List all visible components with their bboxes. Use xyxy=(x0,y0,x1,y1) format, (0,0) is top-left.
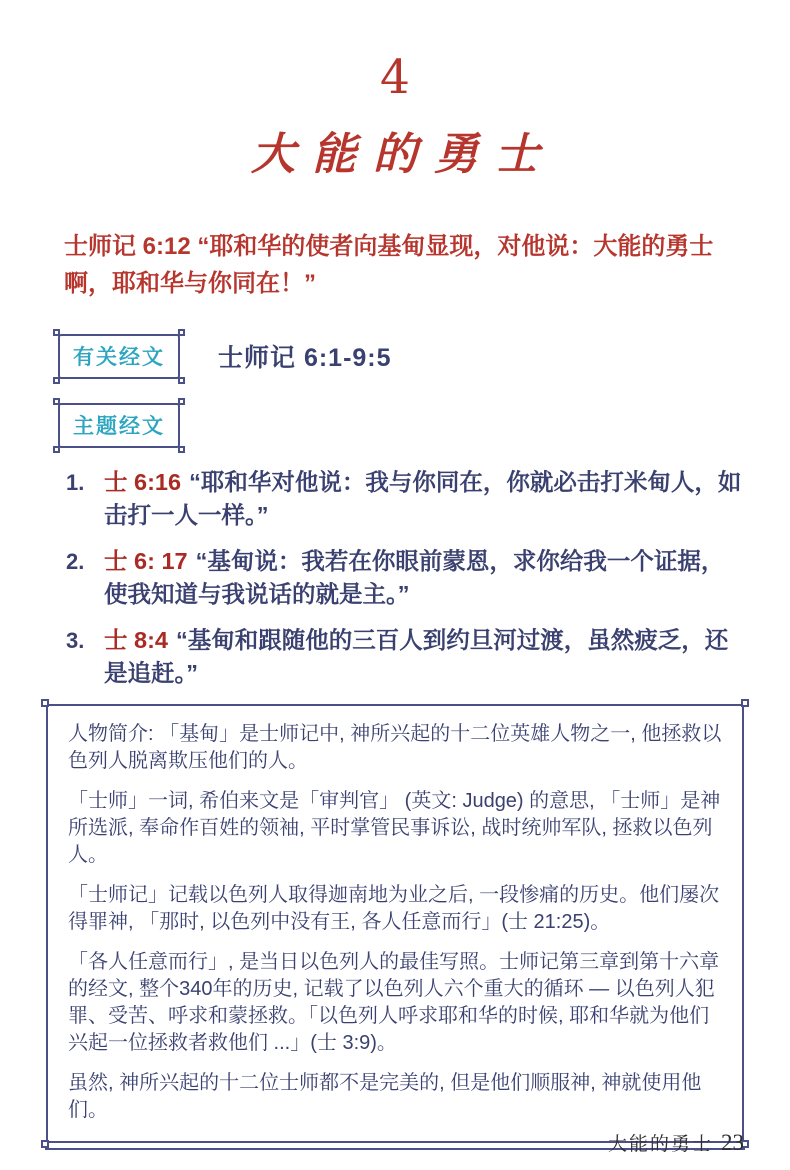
corner-ornament-icon xyxy=(41,699,49,707)
corner-ornament-icon xyxy=(53,377,60,384)
theme-scripture-label: 主题经文 xyxy=(73,415,165,438)
opening-quote: 士师记 6:12 “耶和华的使者向基甸显现，对他说：大能的勇士啊，耶和华与你同在… xyxy=(64,228,744,302)
theme-scripture-row: 主题经文 xyxy=(58,403,790,448)
verse-text: 士 6: 17“基甸说：我若在你眼前蒙恩，求你给我一个证据，使我知道与我说话的就… xyxy=(104,545,746,611)
corner-ornament-icon xyxy=(53,446,60,453)
verse-item: 1. 士 6:16“耶和华对他说：我与你同在，你就必击打米甸人，如击打一人一样。… xyxy=(66,466,746,532)
verse-reference: 士 6: 17 xyxy=(104,548,188,574)
related-scripture-reference: 士师记 6:1-9:5 xyxy=(218,338,392,374)
corner-ornament-icon xyxy=(741,699,749,707)
chapter-title: 大能的勇士 xyxy=(0,129,790,182)
theme-scripture-tag: 主题经文 xyxy=(58,403,180,448)
verse-text: 士 6:16“耶和华对他说：我与你同在，你就必击打米甸人，如击打一人一样。” xyxy=(104,466,746,532)
related-scripture-row: 有关经文 士师记 6:1-9:5 xyxy=(58,334,790,379)
profile-box: 人物简介: 「基甸」是士师记中, 神所兴起的十二位英雄人物之一, 他拯救以色列人… xyxy=(46,704,744,1143)
verse-quote: “基甸说：我若在你眼前蒙恩，求你给我一个证据，使我知道与我说话的就是主。” xyxy=(104,548,724,607)
verse-text: 士 8:4“基甸和跟随他的三百人到约旦河过渡，虽然疲乏，还是追赶。” xyxy=(104,624,746,690)
theme-verse-list: 1. 士 6:16“耶和华对他说：我与你同在，你就必击打米甸人，如击打一人一样。… xyxy=(66,466,746,690)
corner-ornament-icon xyxy=(178,398,185,405)
corner-ornament-icon xyxy=(41,1140,49,1148)
verse-reference: 士 8:4 xyxy=(104,627,168,653)
corner-ornament-icon xyxy=(53,329,60,336)
page-footer: 大能的勇士23 xyxy=(608,1129,744,1156)
verse-item: 3. 士 8:4“基甸和跟随他的三百人到约旦河过渡，虽然疲乏，还是追赶。” xyxy=(66,624,746,690)
related-scripture-tag: 有关经文 xyxy=(58,334,180,379)
verse-reference: 士 6:16 xyxy=(104,469,181,495)
profile-paragraph: 人物简介: 「基甸」是士师记中, 神所兴起的十二位英雄人物之一, 他拯救以色列人… xyxy=(68,721,722,775)
corner-ornament-icon xyxy=(178,446,185,453)
verse-number: 3. xyxy=(66,624,104,690)
profile-paragraph: 「士师记」记载以色列人取得迦南地为业之后, 一段惨痛的历史。他们屡次得罪神, 「… xyxy=(68,882,722,936)
verse-number: 2. xyxy=(66,545,104,611)
verse-number: 1. xyxy=(66,466,104,532)
verse-item: 2. 士 6: 17“基甸说：我若在你眼前蒙恩，求你给我一个证据，使我知道与我说… xyxy=(66,545,746,611)
corner-ornament-icon xyxy=(53,398,60,405)
related-scripture-label: 有关经文 xyxy=(73,346,165,369)
footer-book-title: 大能的勇士 xyxy=(608,1134,713,1155)
verse-quote: “耶和华对他说：我与你同在，你就必击打米甸人，如击打一人一样。” xyxy=(104,469,741,528)
corner-ornament-icon xyxy=(178,377,185,384)
profile-paragraph: 虽然, 神所兴起的十二位士师都不是完美的, 但是他们顺服神, 神就使用他们。 xyxy=(68,1070,722,1124)
chapter-number: 4 xyxy=(0,54,790,101)
profile-paragraph: 「各人任意而行」, 是当日以色列人的最佳写照。士师记第三章到第十六章的经文, 整… xyxy=(68,949,722,1057)
footer-page-number: 23 xyxy=(721,1130,744,1155)
book-page: 4 大能的勇士 士师记 6:12 “耶和华的使者向基甸显现，对他说：大能的勇士啊… xyxy=(0,0,790,1170)
corner-ornament-icon xyxy=(178,329,185,336)
verse-quote: “基甸和跟随他的三百人到约旦河过渡，虽然疲乏，还是追赶。” xyxy=(104,627,728,686)
profile-paragraph: 「士师」一词, 希伯来文是「审判官」 (英文: Judge) 的意思, 「士师」… xyxy=(68,788,722,869)
